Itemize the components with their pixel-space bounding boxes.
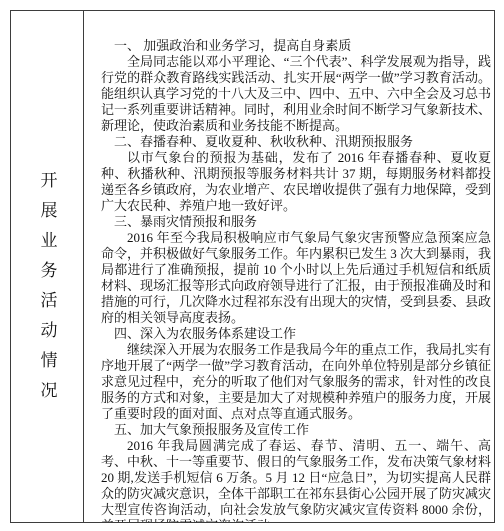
section-5-paragraph: 2016 年我局圆满完成了春运、春节、清明、五一、端午、高考、中秋、十一等重要节… <box>101 438 491 522</box>
section-1-paragraph: 全局同志能以邓小平理论、“三个代表”、科学发展观为指导，践行党的群众教育路线实践… <box>101 54 491 134</box>
sidebar-label-cell: 开展业务活动情况 <box>11 11 84 522</box>
section-4-heading: 四、深入为农服务体系建设工作 <box>101 326 491 342</box>
section-4-paragraph: 继续深入开展为农服务工作是我局今年的重点工作，我局扎实有序地开展了“两学一做”学… <box>101 342 491 422</box>
section-3-heading: 三、暴雨灾情预报和服务 <box>101 214 491 230</box>
section-4: 四、深入为农服务体系建设工作 继续深入开展为农服务工作是我局今年的重点工作，我局… <box>101 326 491 422</box>
section-5-heading: 五、加大气象预报服务及宣传工作 <box>101 422 491 438</box>
sidebar-vertical-label: 开展业务活动情况 <box>35 171 60 522</box>
section-5: 五、加大气象预报服务及宣传工作 2016 年我局圆满完成了春运、春节、清明、五一… <box>101 422 491 522</box>
section-1: 一、 加强政治和业务学习，提高自身素质 全局同志能以邓小平理论、“三个代表”、科… <box>101 38 491 134</box>
section-2: 二、春播春种、夏收夏种、秋收秋种、汛期预报服务 以市气象台的预报为基础，发布了 … <box>101 134 491 214</box>
section-2-heading: 二、春播春种、夏收夏种、秋收秋种、汛期预报服务 <box>101 134 491 150</box>
document-sheet: 开展业务活动情况 一、 加强政治和业务学习，提高自身素质 全局同志能以邓小平理论… <box>10 10 495 523</box>
document-body-cell: 一、 加强政治和业务学习，提高自身素质 全局同志能以邓小平理论、“三个代表”、科… <box>84 11 494 522</box>
section-3: 三、暴雨灾情预报和服务 2016 年至今我局积极响应市气象局气象灾害预警应急预案… <box>101 214 491 326</box>
section-3-paragraph: 2016 年至今我局积极响应市气象局气象灾害预警应急预案应急命令，并积极做好气象… <box>101 230 491 326</box>
section-2-paragraph: 以市气象台的预报为基础，发布了 2016 年春播春种、夏收夏种、秋播秋种、汛期预… <box>101 150 491 214</box>
section-1-heading: 一、 加强政治和业务学习，提高自身素质 <box>101 38 491 54</box>
